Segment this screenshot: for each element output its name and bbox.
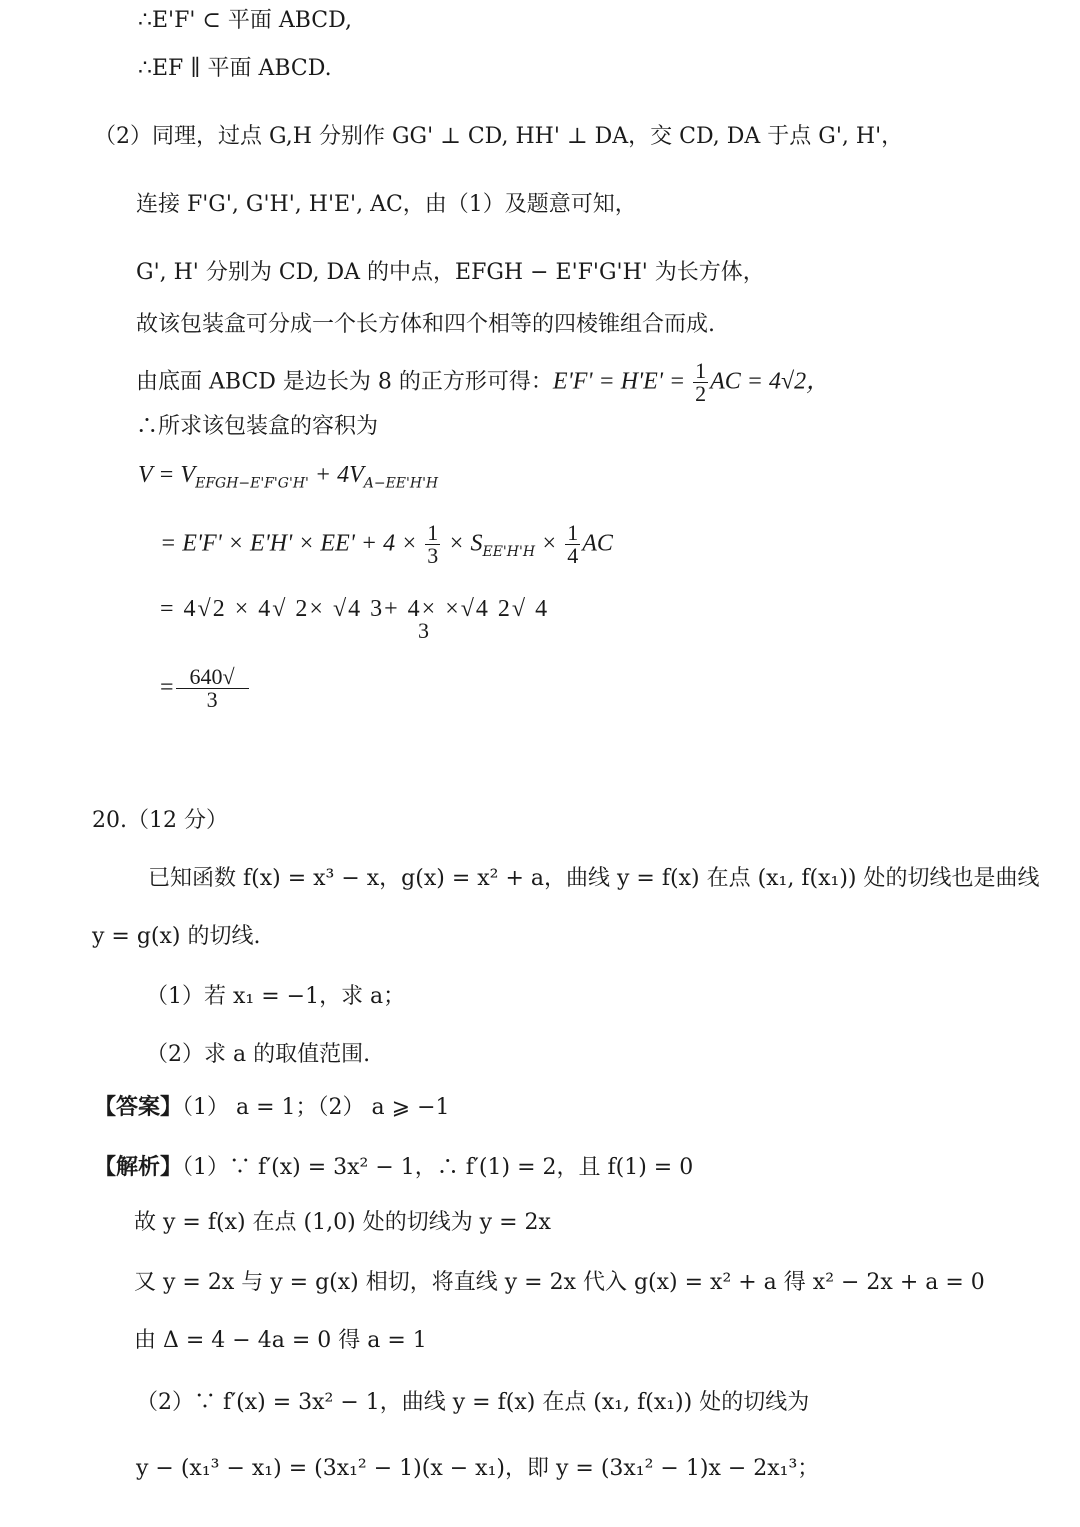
base-eq-left: E'F' = H'E' = bbox=[553, 369, 691, 395]
volume-formula-line3-garbled: = 4√2 × 4√ 2× √4 3+ 4× ×√4 2√ 4 bbox=[160, 594, 549, 624]
part2-decompose: 故该包装盒可分成一个长方体和四个相等的四棱锥组合而成. bbox=[136, 310, 715, 340]
problem-20-question-2: （2）求 a 的取值范围. bbox=[146, 1040, 370, 1070]
analysis-line-4: 由 Δ = 4 − 4a = 0 得 a = 1 bbox=[134, 1326, 427, 1356]
part2-midpoints: G', H' 分别为 CD, DA 的中点，EFGH − E'F'G'H' 为长… bbox=[136, 258, 765, 288]
analysis-line-5: （2）∵ f′(x) = 3x² − 1，曲线 y = f(x) 在点 (x₁,… bbox=[136, 1388, 809, 1418]
volume-formula-line2: = E'F' × E'H' × EE' + 4 × 13 × SEE'H'H ×… bbox=[160, 522, 613, 567]
part2-intro: （2）同理，过点 G,H 分别作 GG' ⊥ CD, HH' ⊥ DA，交 CD… bbox=[94, 122, 903, 152]
problem-20-header: 20.（12 分） bbox=[92, 806, 228, 836]
proof-line-parallel: ∴EF ∥ 平面 ABCD. bbox=[138, 54, 332, 84]
analysis-line-1: 【解析】（1）∵ f′(x) = 3x² − 1，∴ f′(1) = 2，且 f… bbox=[94, 1152, 693, 1183]
analysis-line-6: y − (x₁³ − x₁) = (3x₁² − 1)(x − x₁)，即 y … bbox=[136, 1454, 819, 1484]
problem-20-statement-line2: y = g(x) 的切线. bbox=[92, 922, 261, 952]
problem-20-question-1: （1）若 x₁ = −1，求 a； bbox=[146, 982, 405, 1012]
volume-formula-line1: V = VEFGH−E'F'G'H' + 4VA−EE'H'H bbox=[138, 460, 438, 498]
volume-result-fraction: 640√3 bbox=[176, 666, 249, 711]
proof-line-subset: ∴E'F' ⊂ 平面 ABCD, bbox=[138, 6, 352, 36]
part2-connect: 连接 F'G', G'H', H'E', AC，由（1）及题意可知， bbox=[136, 190, 637, 220]
fraction-one-third: 13 bbox=[425, 522, 440, 567]
fraction-one-quarter: 14 bbox=[565, 522, 580, 567]
part2-base-edge: 由底面 ABCD 是边长为 8 的正方形可得：E'F' = H'E' = 12A… bbox=[136, 360, 830, 405]
analysis-line-3: 又 y = 2x 与 y = g(x) 相切，将直线 y = 2x 代入 g(x… bbox=[134, 1268, 985, 1298]
analysis-label: 【解析】 bbox=[94, 1154, 182, 1180]
analysis-line-2: 故 y = f(x) 在点 (1,0) 处的切线为 y = 2x bbox=[134, 1208, 551, 1238]
answer-label: 【答案】 bbox=[94, 1094, 182, 1120]
base-eq-right: AC = 4√2， bbox=[710, 369, 830, 395]
fraction-one-half: 12 bbox=[693, 360, 708, 405]
answer-text: （1） a = 1；（2） a ⩾ −1 bbox=[182, 1095, 449, 1120]
volume-result: =640√3 bbox=[160, 666, 251, 711]
volume-line3-denominator: 3 bbox=[418, 616, 429, 646]
volume-intro: ∴所求该包装盒的容积为 bbox=[136, 412, 378, 442]
answer-line: 【答案】（1） a = 1；（2） a ⩾ −1 bbox=[94, 1092, 450, 1123]
base-prefix: 由底面 ABCD 是边长为 8 的正方形可得： bbox=[136, 370, 553, 395]
problem-20-statement-line1: 已知函数 f(x) = x³ − x，g(x) = x² + a，曲线 y = … bbox=[148, 864, 1039, 894]
